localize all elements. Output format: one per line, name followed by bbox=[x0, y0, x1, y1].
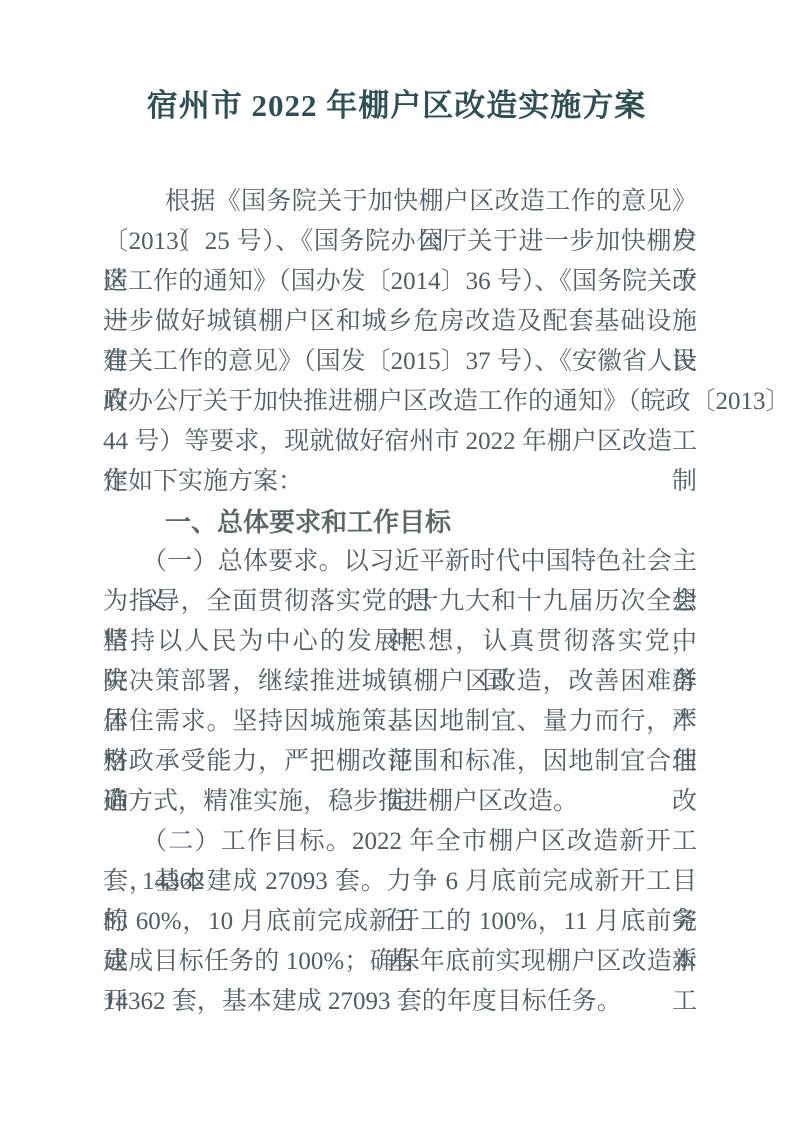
text-line: 府办公厅关于加快推进棚户区改造工作的通知》（皖政〔2013〕 bbox=[103, 382, 697, 422]
text-line: 套，基本建成 27093 套。力争 6 月底前完成新开工目标任务 bbox=[103, 862, 697, 902]
text-line: 居住需求。坚持因城施策、因地制宜、量力而行，严格评估 bbox=[103, 702, 697, 742]
text-line: （一）总体要求。以习近平新时代中国特色社会主义思想 bbox=[103, 542, 697, 582]
text-line: 院决策部署，继续推进城镇棚户区改造，改善困难群体基本 bbox=[103, 662, 697, 702]
text-line: 根据《国务院关于加快棚户区改造工作的意见》（国发 bbox=[103, 182, 697, 222]
text-line: 一步做好城镇棚户区和城乡危房改造及配套基础设施建设 bbox=[103, 302, 697, 342]
text-line: （二）工作目标。2022 年全市棚户区改造新开工 14362 bbox=[103, 822, 697, 862]
text-line: 的 60%，10 月底前完成新开工的 100%，11 月底前完成基本 bbox=[103, 902, 697, 942]
document-page: 宿州市 2022 年棚户区改造实施方案 根据《国务院关于加快棚户区改造工作的意见… bbox=[0, 0, 793, 1122]
document-title: 宿州市 2022 年棚户区改造实施方案 bbox=[0, 86, 793, 126]
text-line: 〔2013〕25 号）、《国务院办公厅关于进一步加快棚户区改 bbox=[103, 222, 697, 262]
text-line: 44 号）等要求，现就做好宿州市 2022 年棚户区改造工作制 bbox=[103, 422, 697, 462]
document-body: 根据《国务院关于加快棚户区改造工作的意见》（国发〔2013〕25 号）、《国务院… bbox=[103, 182, 697, 1022]
text-line: 坚持以人民为中心的发展思想，认真贯彻落实党中央、国务 bbox=[103, 622, 697, 662]
text-line: 财政承受能力，严把棚改范围和标准，因地制宜合理确定改 bbox=[103, 742, 697, 782]
text-line: 14362 套，基本建成 27093 套的年度目标任务。 bbox=[103, 982, 697, 1022]
text-line: 为指导，全面贯彻落实党的十九大和十九届历次全会精神， bbox=[103, 582, 697, 622]
text-line: 造工作的通知》（国办发〔2014〕36 号）、《国务院关于进 bbox=[103, 262, 697, 302]
section-heading: 一、总体要求和工作目标 bbox=[103, 502, 697, 542]
text-line: 有关工作的意见》（国发〔2015〕37 号）、《安徽省人民政 bbox=[103, 342, 697, 382]
text-line: 建成目标任务的 100%；确保年底前实现棚户区改造新开工 bbox=[103, 942, 697, 982]
